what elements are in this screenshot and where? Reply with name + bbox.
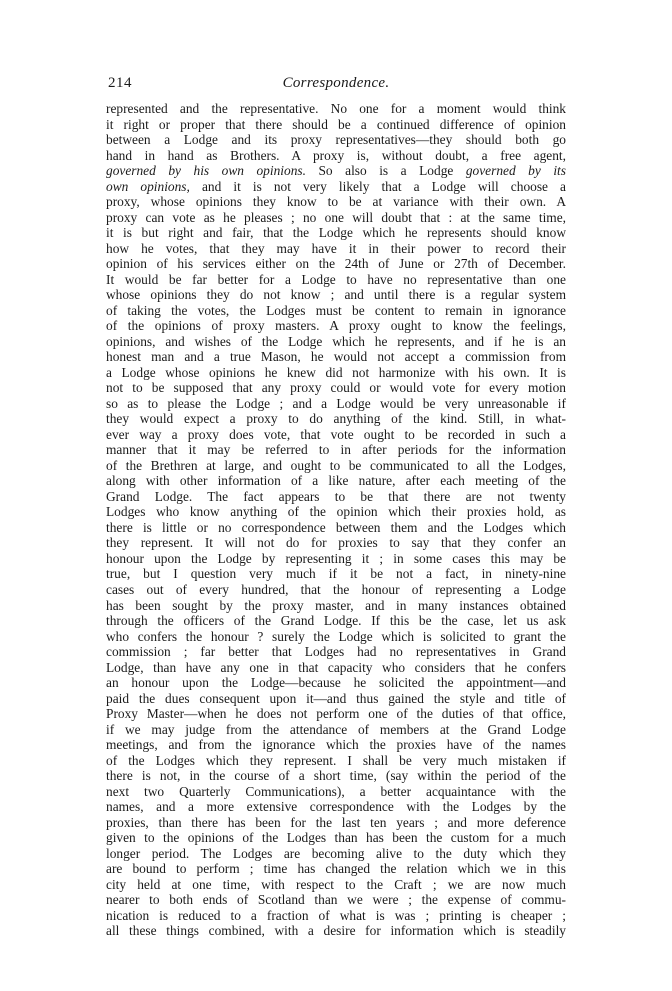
text-line: Lodges who know anything of the opinion … <box>106 504 566 520</box>
text-line: all these things combined, with a desire… <box>106 923 566 939</box>
text-line: through the officers of the Grand Lodge.… <box>106 613 566 629</box>
text-line: a Lodge whose opinions he knew did not h… <box>106 365 566 381</box>
text-line: paid the dues consequent upon it—and thu… <box>106 691 566 707</box>
text-line: not to be supposed that any proxy could … <box>106 380 566 396</box>
text-run: opinion of his services either on the 24… <box>106 256 566 271</box>
text-run: they represent. It will not do for proxi… <box>106 535 566 550</box>
text-run: honest man and a true Mason, he would no… <box>106 349 566 364</box>
text-run: of the opinions of proxy masters. A prox… <box>106 318 566 333</box>
text-line: along with other information of a like n… <box>106 473 566 489</box>
text-run: all these things combined, with a desire… <box>106 923 566 938</box>
text-line: they would expect a proxy to do anything… <box>106 411 566 427</box>
text-run: if we may judge from the attendance of m… <box>106 722 566 737</box>
text-line: there is little or no correspondence bet… <box>106 520 566 536</box>
text-run: It would be far better for a Lodge to ha… <box>106 272 566 287</box>
text-run: a Lodge whose opinions he knew did not h… <box>106 365 566 380</box>
text-line: opinions, and wishes of the Lodge which … <box>106 334 566 350</box>
text-line: nearer to both ends of Scotland than we … <box>106 892 566 908</box>
text-line: proxy can vote as he pleases ; no one wi… <box>106 210 566 226</box>
text-line: longer period. The Lodges are becoming a… <box>106 846 566 862</box>
text-run: of taking the votes, the Lodges must be … <box>106 303 566 318</box>
text-run: it right or proper that there should be … <box>106 117 566 132</box>
text-run: Lodges who know anything of the opinion … <box>106 504 566 519</box>
text-run: So also is a Lodge <box>306 163 466 178</box>
text-line: are bound to perform ; time has changed … <box>106 861 566 877</box>
text-run: hand in hand as Brothers. A proxy is, wi… <box>106 148 566 163</box>
text-line: if we may judge from the attendance of m… <box>106 722 566 738</box>
text-run: commission ; far better that Lodges had … <box>106 644 566 659</box>
body-text: represented and the representative. No o… <box>106 101 566 939</box>
text-line: city held at one time, with respect to t… <box>106 877 566 893</box>
text-line: ever way a proxy does vote, that vote ou… <box>106 427 566 443</box>
text-line: governed by his own opinions. So also is… <box>106 163 566 179</box>
text-run: an honour upon the Lodge—because he soli… <box>106 675 566 690</box>
text-line: honour upon the Lodge by representing it… <box>106 551 566 567</box>
text-run: city held at one time, with respect to t… <box>106 877 566 892</box>
text-line: Grand Lodge. The fact appears to be that… <box>106 489 566 505</box>
text-run: names, and a more extensive corresponden… <box>106 799 566 814</box>
running-head: 214 Correspondence. <box>106 72 566 94</box>
text-run: longer period. The Lodges are becoming a… <box>106 846 566 861</box>
text-run: they would expect a proxy to do anything… <box>106 411 566 426</box>
text-run: meetings, and from the ignorance which t… <box>106 737 566 752</box>
text-run: are bound to perform ; time has changed … <box>106 861 566 876</box>
text-line: there is not, in the course of a short t… <box>106 768 566 784</box>
text-run: along with other information of a like n… <box>106 473 566 488</box>
text-line: of the opinions of proxy masters. A prox… <box>106 318 566 334</box>
italic-text: own opinions, <box>106 179 190 194</box>
text-line: how he votes, that they may have it in t… <box>106 241 566 257</box>
text-run: opinions, and wishes of the Lodge which … <box>106 334 566 349</box>
text-line: has been sought by the proxy master, and… <box>106 598 566 614</box>
italic-text: governed by its <box>466 163 566 178</box>
text-line: of taking the votes, the Lodges must be … <box>106 303 566 319</box>
text-line: represented and the representative. No o… <box>106 101 566 117</box>
text-line: proxies, than there has been for the las… <box>106 815 566 831</box>
text-line: it is but right and fair, that the Lodge… <box>106 225 566 241</box>
text-line: hand in hand as Brothers. A proxy is, wi… <box>106 148 566 164</box>
text-run: of the Lodges which they represent. I sh… <box>106 753 566 768</box>
text-run: honour upon the Lodge by representing it… <box>106 551 566 566</box>
text-run: of the Brethren at large, and ought to b… <box>106 458 566 473</box>
book-page: 214 Correspondence. represented and the … <box>106 72 566 939</box>
text-line: given to the opinions of the Lodges than… <box>106 830 566 846</box>
text-line: next two Quarterly Communications), a be… <box>106 784 566 800</box>
text-run: has been sought by the proxy master, and… <box>106 598 566 613</box>
text-line: proxy, whose opinions they know to be at… <box>106 194 566 210</box>
text-line: it right or proper that there should be … <box>106 117 566 133</box>
italic-text: governed by his own opinions. <box>106 163 306 178</box>
text-run: so as to please the Lodge ; and a Lodge … <box>106 396 566 411</box>
text-line: an honour upon the Lodge—because he soli… <box>106 675 566 691</box>
text-line: they represent. It will not do for proxi… <box>106 535 566 551</box>
text-line: names, and a more extensive corresponden… <box>106 799 566 815</box>
text-run: not to be supposed that any proxy could … <box>106 380 566 395</box>
text-run: between a Lodge and its proxy representa… <box>106 132 566 147</box>
text-line: cases out of every hundred, that the hon… <box>106 582 566 598</box>
text-run: represented and the representative. No o… <box>106 101 566 116</box>
text-run: there is little or no correspondence bet… <box>106 520 566 535</box>
text-run: next two Quarterly Communications), a be… <box>106 784 566 799</box>
text-run: who confers the honour ? surely the Lodg… <box>106 629 566 644</box>
text-run: proxy, whose opinions they know to be at… <box>106 194 566 209</box>
text-run: and it is not very likely that a Lodge w… <box>190 179 566 194</box>
text-run: Grand Lodge. The fact appears to be that… <box>106 489 566 504</box>
text-line: manner that it may be referred to in aft… <box>106 442 566 458</box>
text-line: opinion of his services either on the 24… <box>106 256 566 272</box>
text-run: proxies, than there has been for the las… <box>106 815 566 830</box>
running-title: Correspondence. <box>106 72 566 94</box>
text-line: own opinions, and it is not very likely … <box>106 179 566 195</box>
text-line: nication is reduced to a fraction of wha… <box>106 908 566 924</box>
text-run: true, but I question very much if it be … <box>106 566 566 581</box>
text-line: of the Lodges which they represent. I sh… <box>106 753 566 769</box>
text-run: cases out of every hundred, that the hon… <box>106 582 566 597</box>
text-run: nearer to both ends of Scotland than we … <box>106 892 566 907</box>
text-run: through the officers of the Grand Lodge.… <box>106 613 566 628</box>
text-run: whose opinions they do not know ; and un… <box>106 287 566 302</box>
text-line: Proxy Master—when he does not perform on… <box>106 706 566 722</box>
text-line: whose opinions they do not know ; and un… <box>106 287 566 303</box>
text-line: commission ; far better that Lodges had … <box>106 644 566 660</box>
text-line: Lodge, than have any one in that capacit… <box>106 660 566 676</box>
text-line: who confers the honour ? surely the Lodg… <box>106 629 566 645</box>
text-line: so as to please the Lodge ; and a Lodge … <box>106 396 566 412</box>
text-run: paid the dues consequent upon it—and thu… <box>106 691 566 706</box>
text-line: between a Lodge and its proxy representa… <box>106 132 566 148</box>
text-line: honest man and a true Mason, he would no… <box>106 349 566 365</box>
text-run: how he votes, that they may have it in t… <box>106 241 566 256</box>
text-run: given to the opinions of the Lodges than… <box>106 830 566 845</box>
text-run: Lodge, than have any one in that capacit… <box>106 660 566 675</box>
text-run: nication is reduced to a fraction of wha… <box>106 908 566 923</box>
text-run: proxy can vote as he pleases ; no one wi… <box>106 210 566 225</box>
text-run: it is but right and fair, that the Lodge… <box>106 225 566 240</box>
text-run: there is not, in the course of a short t… <box>106 768 566 783</box>
text-line: meetings, and from the ignorance which t… <box>106 737 566 753</box>
text-run: ever way a proxy does vote, that vote ou… <box>106 427 566 442</box>
text-run: manner that it may be referred to in aft… <box>106 442 566 457</box>
text-run: Proxy Master—when he does not perform on… <box>106 706 566 721</box>
text-line: true, but I question very much if it be … <box>106 566 566 582</box>
text-line: of the Brethren at large, and ought to b… <box>106 458 566 474</box>
text-line: It would be far better for a Lodge to ha… <box>106 272 566 288</box>
